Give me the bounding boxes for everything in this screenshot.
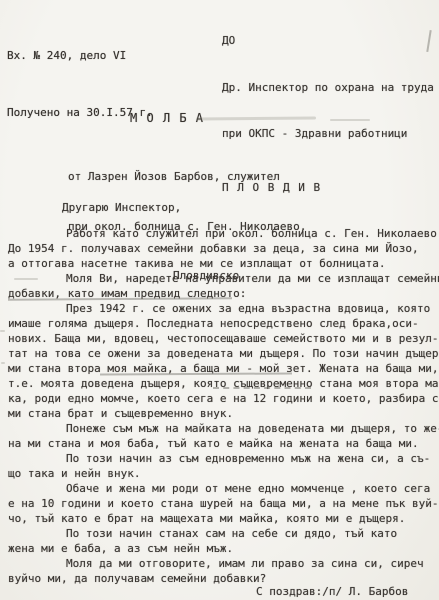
body-line: нових. Баща ми, вдовец, честопосещаваше … bbox=[8, 331, 434, 346]
document-title: М О Л Б А bbox=[130, 111, 204, 126]
scanned-letter: Вх. № 240, дело VI Получено на 30.I.57 г… bbox=[0, 0, 439, 600]
body-line: През 1942 г. се ожених за една възрастна… bbox=[8, 301, 434, 316]
body-line: чо, тъй като е брат на мащехата ми майка… bbox=[8, 511, 434, 526]
sender-name: от Лазрен Йозов Барбов, служител bbox=[68, 169, 306, 186]
body-line: ка, роди едно момче, което сега е на 12 … bbox=[8, 391, 434, 406]
salutation: Другарю Инспектор, bbox=[62, 200, 181, 215]
body-line: Моля да ми отговорите, имам ли право за … bbox=[8, 556, 434, 571]
body-line: ми стана брат и същевременно внук. bbox=[8, 406, 434, 421]
body-line: е на 10 години и което стана шурей на ба… bbox=[8, 496, 434, 511]
body-line: а оттогава насетне такива не ми се изпла… bbox=[8, 256, 434, 271]
recipient-to-label: ДО bbox=[222, 33, 434, 49]
body-line: По този начин аз съм едновременно мъж на… bbox=[8, 451, 434, 466]
body-line: Моля Ви, наредете на управители да ми се… bbox=[8, 271, 434, 286]
body-lines: Работя като служител при окол. болница с… bbox=[8, 226, 434, 586]
body-line: тат на това се ожени за доведената ми дъ… bbox=[8, 346, 434, 361]
margin-smudge bbox=[14, 278, 38, 280]
margin-smudge bbox=[1, 362, 5, 364]
body-line: Обаче и жена ми роди от мене едно момчен… bbox=[8, 481, 434, 496]
body-line: Понеже съм мъж на майката на доведената … bbox=[8, 421, 434, 436]
signature: С поздрав:/п/ Л. Барбов bbox=[256, 584, 408, 599]
body-line: на ми стана и моя баба, тъй като е майка… bbox=[8, 436, 434, 451]
body-line: Работя като служител при окол. болница с… bbox=[8, 226, 434, 241]
pencil-underline-dashed bbox=[213, 381, 311, 389]
title-smudge bbox=[330, 119, 370, 121]
body-line: що така и нейн внук. bbox=[8, 466, 434, 481]
stamp-entry-number: Вх. № 240, дело VI bbox=[7, 46, 153, 65]
body-line: имаше голяма дъщеря. Последната непосред… bbox=[8, 316, 434, 331]
margin-smudge bbox=[0, 330, 5, 332]
recipient-line1: Др. Инспектор по охрана на труда bbox=[222, 80, 434, 96]
body-line: До 1954 г. получавах семейни добавки за … bbox=[8, 241, 434, 256]
body-line: жена ми е баба, а аз съм нейн мъж. bbox=[8, 541, 434, 556]
body-line: По този начин станах сам на себе си дядо… bbox=[8, 526, 434, 541]
